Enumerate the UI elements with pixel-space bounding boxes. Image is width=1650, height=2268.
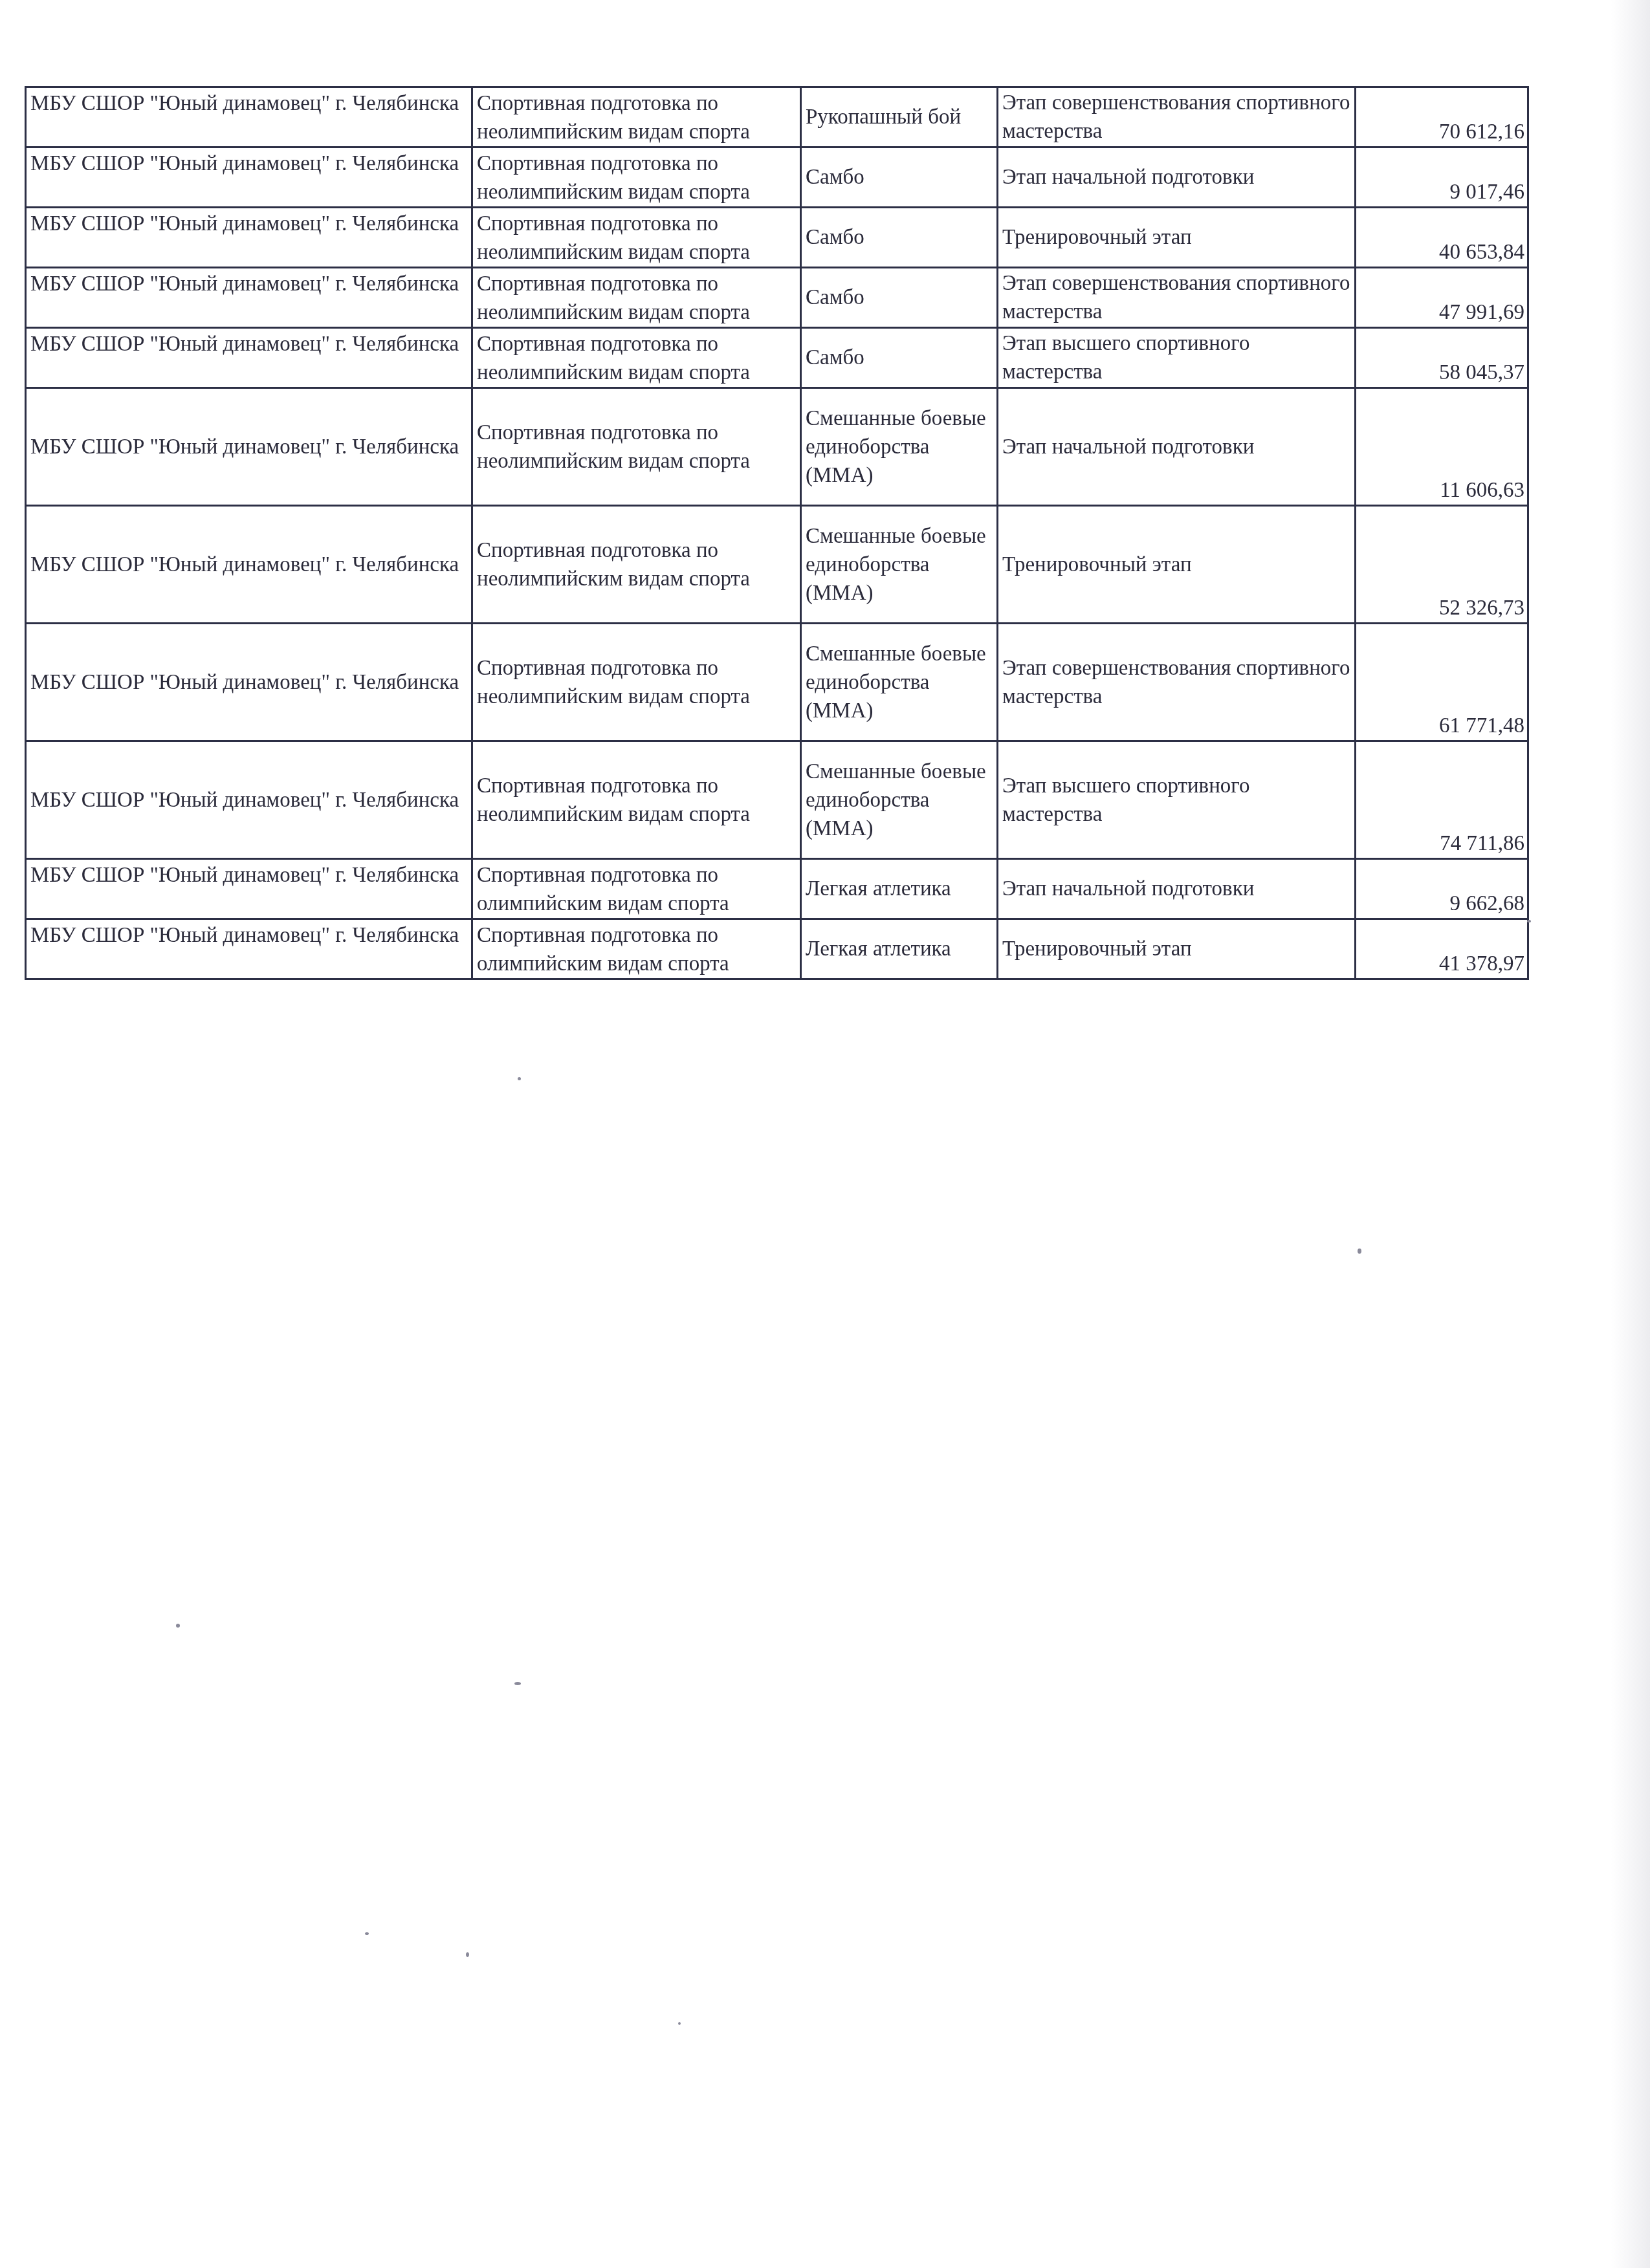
scan-page-edge bbox=[1611, 0, 1650, 2268]
sport-cell: Самбо bbox=[801, 268, 998, 328]
org-cell: МБУ СШОР "Юный динамовец" г. Челябинска bbox=[26, 859, 472, 919]
scan-speck bbox=[514, 1682, 521, 1685]
table-row: МБУ СШОР "Юный динамовец" г. Челябинска … bbox=[26, 741, 1528, 859]
table-row: МБУ СШОР "Юный динамовец" г. Челябинска … bbox=[26, 624, 1528, 741]
org-cell: МБУ СШОР "Юный динамовец" г. Челябинска bbox=[26, 919, 472, 979]
amount-cell: 70 612,16 bbox=[1356, 87, 1528, 147]
sport-cell: Смешанные боевые единоборства (ММА) bbox=[801, 741, 998, 859]
table-row: МБУ СШОР "Юный динамовец" г. Челябинска … bbox=[26, 268, 1528, 328]
sport-cell: Смешанные боевые единоборства (ММА) bbox=[801, 624, 998, 741]
sport-cell: Рукопашный бой bbox=[801, 87, 998, 147]
org-cell: МБУ СШОР "Юный динамовец" г. Челябинска bbox=[26, 624, 472, 741]
org-cell: МБУ СШОР "Юный динамовец" г. Челябинска bbox=[26, 741, 472, 859]
sport-cell: Легкая атлетика bbox=[801, 859, 998, 919]
amount-cell: 40 653,84 bbox=[1356, 208, 1528, 268]
program-cell: Спортивная подготовка по олимпийским вид… bbox=[472, 859, 801, 919]
sport-cell: Смешанные боевые единоборства (ММА) bbox=[801, 388, 998, 506]
program-cell: Спортивная подготовка по неолимпийским в… bbox=[472, 506, 801, 624]
stage-cell: Этап совершенствования спортивного масте… bbox=[998, 268, 1356, 328]
program-cell: Спортивная подготовка по неолимпийским в… bbox=[472, 328, 801, 388]
sport-cell: Самбо bbox=[801, 147, 998, 208]
org-cell: МБУ СШОР "Юный динамовец" г. Челябинска bbox=[26, 147, 472, 208]
table-row: МБУ СШОР "Юный динамовец" г. Челябинска … bbox=[26, 919, 1528, 979]
amount-cell: 74 711,86 bbox=[1356, 741, 1528, 859]
org-cell: МБУ СШОР "Юный динамовец" г. Челябинска bbox=[26, 388, 472, 506]
funding-table: МБУ СШОР "Юный динамовец" г. Челябинска … bbox=[25, 86, 1529, 980]
scan-speck bbox=[518, 1077, 521, 1080]
stage-cell: Тренировочный этап bbox=[998, 208, 1356, 268]
amount-cell: 52 326,73 bbox=[1356, 506, 1528, 624]
table-row: МБУ СШОР "Юный динамовец" г. Челябинска … bbox=[26, 147, 1528, 208]
amount-cell: 47 991,69 bbox=[1356, 268, 1528, 328]
stage-cell: Этап начальной подготовки bbox=[998, 388, 1356, 506]
table-row: МБУ СШОР "Юный динамовец" г. Челябинска … bbox=[26, 388, 1528, 506]
program-cell: Спортивная подготовка по неолимпийским в… bbox=[472, 87, 801, 147]
table-row: МБУ СШОР "Юный динамовец" г. Челябинска … bbox=[26, 506, 1528, 624]
scan-speck bbox=[1527, 920, 1531, 922]
scan-speck bbox=[176, 1624, 180, 1628]
sport-cell: Самбо bbox=[801, 328, 998, 388]
program-cell: Спортивная подготовка по неолимпийским в… bbox=[472, 268, 801, 328]
scan-speck bbox=[678, 2022, 681, 2025]
amount-cell: 9 017,46 bbox=[1356, 147, 1528, 208]
stage-cell: Тренировочный этап bbox=[998, 919, 1356, 979]
org-cell: МБУ СШОР "Юный динамовец" г. Челябинска bbox=[26, 208, 472, 268]
sport-cell: Легкая атлетика bbox=[801, 919, 998, 979]
stage-cell: Этап высшего спортивного мастерства bbox=[998, 741, 1356, 859]
stage-cell: Тренировочный этап bbox=[998, 506, 1356, 624]
program-cell: Спортивная подготовка по неолимпийским в… bbox=[472, 624, 801, 741]
program-cell: Спортивная подготовка по олимпийским вид… bbox=[472, 919, 801, 979]
amount-cell: 61 771,48 bbox=[1356, 624, 1528, 741]
table-row: МБУ СШОР "Юный динамовец" г. Челябинска … bbox=[26, 859, 1528, 919]
sport-cell: Самбо bbox=[801, 208, 998, 268]
org-cell: МБУ СШОР "Юный динамовец" г. Челябинска bbox=[26, 328, 472, 388]
program-cell: Спортивная подготовка по неолимпийским в… bbox=[472, 208, 801, 268]
scan-speck bbox=[1358, 1248, 1361, 1254]
amount-cell: 58 045,37 bbox=[1356, 328, 1528, 388]
stage-cell: Этап совершенствования спортивного масте… bbox=[998, 87, 1356, 147]
table-body: МБУ СШОР "Юный динамовец" г. Челябинска … bbox=[26, 87, 1528, 979]
program-cell: Спортивная подготовка по неолимпийским в… bbox=[472, 741, 801, 859]
table-row: МБУ СШОР "Юный динамовец" г. Челябинска … bbox=[26, 328, 1528, 388]
amount-cell: 9 662,68 bbox=[1356, 859, 1528, 919]
sport-cell: Смешанные боевые единоборства (ММА) bbox=[801, 506, 998, 624]
program-cell: Спортивная подготовка по неолимпийским в… bbox=[472, 147, 801, 208]
amount-cell: 11 606,63 bbox=[1356, 388, 1528, 506]
org-cell: МБУ СШОР "Юный динамовец" г. Челябинска bbox=[26, 87, 472, 147]
table-row: МБУ СШОР "Юный динамовец" г. Челябинска … bbox=[26, 87, 1528, 147]
program-cell: Спортивная подготовка по неолимпийским в… bbox=[472, 388, 801, 506]
table-row: МБУ СШОР "Юный динамовец" г. Челябинска … bbox=[26, 208, 1528, 268]
scan-speck bbox=[466, 1952, 469, 1957]
stage-cell: Этап высшего спортивного мастерства bbox=[998, 328, 1356, 388]
scan-speck bbox=[365, 1932, 369, 1935]
stage-cell: Этап начальной подготовки bbox=[998, 147, 1356, 208]
amount-cell: 41 378,97 bbox=[1356, 919, 1528, 979]
org-cell: МБУ СШОР "Юный динамовец" г. Челябинска bbox=[26, 506, 472, 624]
stage-cell: Этап начальной подготовки bbox=[998, 859, 1356, 919]
org-cell: МБУ СШОР "Юный динамовец" г. Челябинска bbox=[26, 268, 472, 328]
stage-cell: Этап совершенствования спортивного масте… bbox=[998, 624, 1356, 741]
